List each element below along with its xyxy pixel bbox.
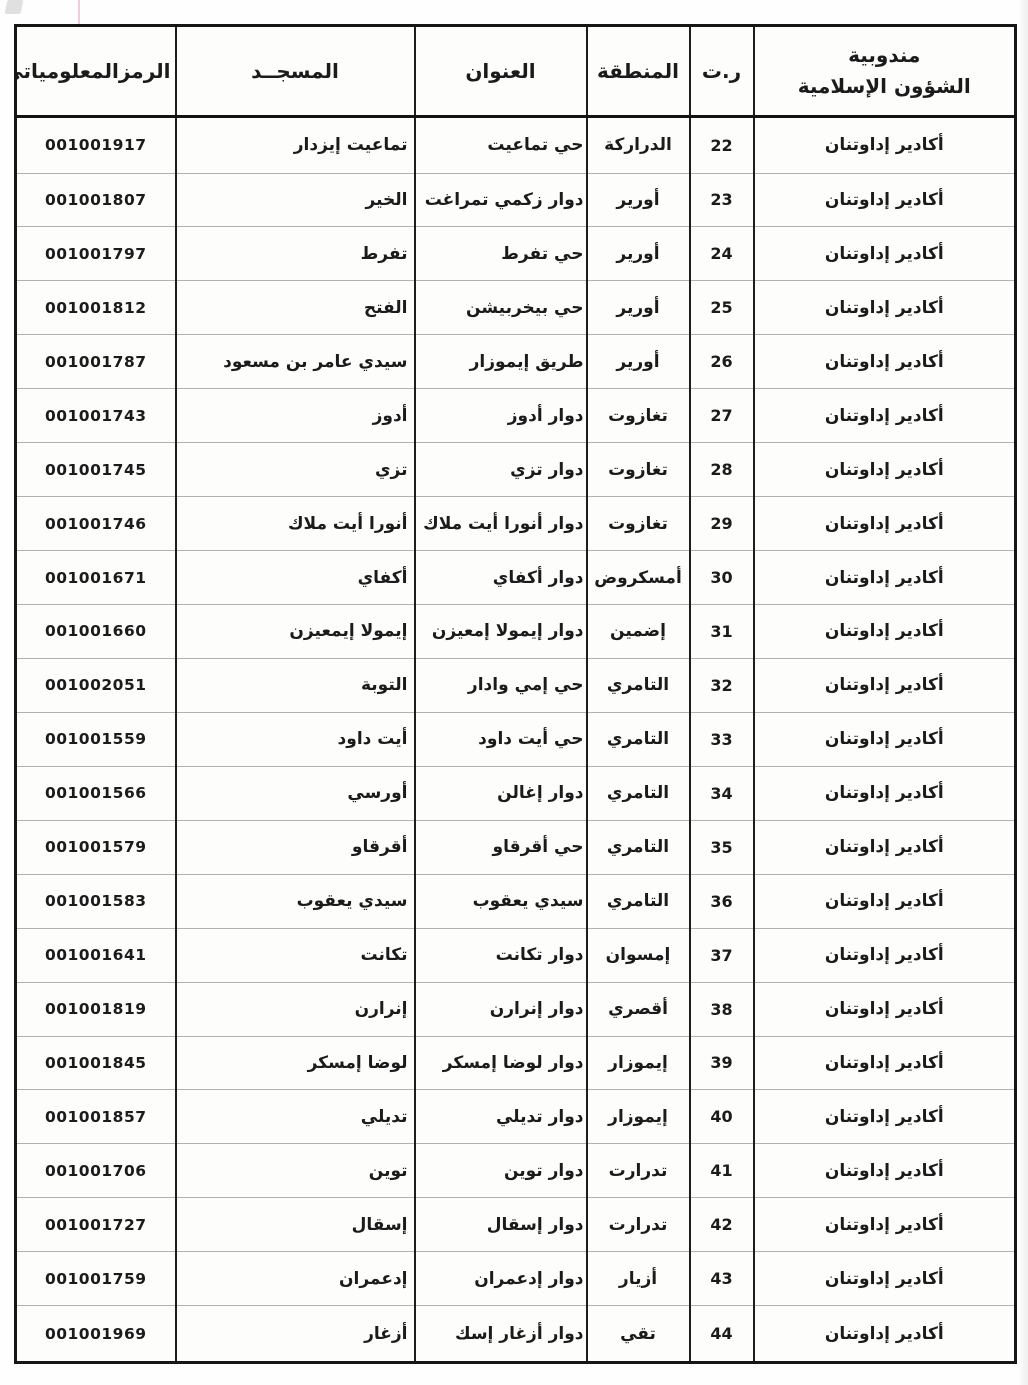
- cell-rt-number: 22: [690, 117, 754, 174]
- cell-rt-number: 25: [690, 281, 754, 335]
- cell-delegation: أكادير إداوتنان: [754, 982, 1016, 1036]
- cell-informatic-code: 001001969: [16, 1306, 176, 1363]
- cell-delegation: أكادير إداوتنان: [754, 820, 1016, 874]
- cell-mosque: تكانت: [176, 928, 415, 982]
- cell-region: أمسكروض: [587, 551, 690, 605]
- cell-region: التامري: [587, 658, 690, 712]
- cell-address: دوار أزغار إسك: [415, 1306, 587, 1363]
- cell-informatic-code: 001001797: [16, 227, 176, 281]
- cell-delegation: أكادير إداوتنان: [754, 1306, 1016, 1363]
- cell-delegation: أكادير إداوتنان: [754, 1252, 1016, 1306]
- table-row: أكادير إداوتنان 35 التامري حي أقرقاو أقر…: [16, 820, 1016, 874]
- cell-address: حي أقرقاو: [415, 820, 587, 874]
- cell-mosque: سيدي يعقوب: [176, 874, 415, 928]
- cell-informatic-code: 001001807: [16, 173, 176, 227]
- cell-mosque: إدعمران: [176, 1252, 415, 1306]
- cell-delegation: أكادير إداوتنان: [754, 551, 1016, 605]
- cell-delegation: أكادير إداوتنان: [754, 497, 1016, 551]
- cell-mosque: تزي: [176, 443, 415, 497]
- cell-rt-number: 32: [690, 658, 754, 712]
- cell-address: دوار إيمولا إمعيزن: [415, 605, 587, 659]
- cell-region: التامري: [587, 766, 690, 820]
- cell-region: أورير: [587, 227, 690, 281]
- cell-mosque: لوضا إمسكر: [176, 1036, 415, 1090]
- cell-region: أورير: [587, 173, 690, 227]
- table-row: أكادير إداوتنان 44 تقي دوار أزغار إسك أز…: [16, 1306, 1016, 1363]
- cell-mosque: أدوز: [176, 389, 415, 443]
- cell-informatic-code: 001001583: [16, 874, 176, 928]
- cell-address: حي تفرط: [415, 227, 587, 281]
- table-row: أكادير إداوتنان 32 التامري حي إمي وادار …: [16, 658, 1016, 712]
- header-delegation: مندوبية الشؤون الإسلامية: [754, 26, 1016, 117]
- cell-mosque: إيمولا إيمعيزن: [176, 605, 415, 659]
- cell-informatic-code: 001001812: [16, 281, 176, 335]
- cell-delegation: أكادير إداوتنان: [754, 281, 1016, 335]
- cell-region: تغازوت: [587, 497, 690, 551]
- cell-mosque: توين: [176, 1144, 415, 1198]
- cell-delegation: أكادير إداوتنان: [754, 766, 1016, 820]
- cell-mosque: تماعيت إيزدار: [176, 117, 415, 174]
- cell-address: دوار إنرارن: [415, 982, 587, 1036]
- cell-mosque: أيت داود: [176, 712, 415, 766]
- cell-region: تغازوت: [587, 389, 690, 443]
- table-row: أكادير إداوتنان 38 أقصري دوار إنرارن إنر…: [16, 982, 1016, 1036]
- cell-address: دوار توين: [415, 1144, 587, 1198]
- cell-informatic-code: 001001566: [16, 766, 176, 820]
- cell-region: إيموزار: [587, 1090, 690, 1144]
- cell-informatic-code: 001001579: [16, 820, 176, 874]
- cell-rt-number: 23: [690, 173, 754, 227]
- cell-address: دوار إغالن: [415, 766, 587, 820]
- cell-address: حي إمي وادار: [415, 658, 587, 712]
- cell-rt-number: 24: [690, 227, 754, 281]
- table-row: أكادير إداوتنان 41 تدرارت دوار توين توين…: [16, 1144, 1016, 1198]
- cell-rt-number: 31: [690, 605, 754, 659]
- table-row: أكادير إداوتنان 34 التامري دوار إغالن أو…: [16, 766, 1016, 820]
- cell-address: طريق إيموزار: [415, 335, 587, 389]
- cell-address: دوار زكمي تمراغت: [415, 173, 587, 227]
- table-row: أكادير إداوتنان 37 إمسوان دوار تكانت تكا…: [16, 928, 1016, 982]
- cell-address: دوار لوضا إمسكر: [415, 1036, 587, 1090]
- cell-rt-number: 37: [690, 928, 754, 982]
- cell-address: دوار إدعمران: [415, 1252, 587, 1306]
- header-mosque: المسجــد: [176, 26, 415, 117]
- cell-informatic-code: 001001559: [16, 712, 176, 766]
- table-row: أكادير إداوتنان 28 تغازوت دوار تزي تزي 0…: [16, 443, 1016, 497]
- cell-rt-number: 27: [690, 389, 754, 443]
- cell-region: أورير: [587, 281, 690, 335]
- cell-mosque: الخير: [176, 173, 415, 227]
- cell-mosque: أقرقاو: [176, 820, 415, 874]
- cell-address: دوار أدوز: [415, 389, 587, 443]
- cell-delegation: أكادير إداوتنان: [754, 1198, 1016, 1252]
- mosques-table: مندوبية الشؤون الإسلامية ر.ت المنطقة الع…: [14, 24, 1017, 1364]
- cell-delegation: أكادير إداوتنان: [754, 173, 1016, 227]
- cell-address: حي بيخربيشن: [415, 281, 587, 335]
- table-row: أكادير إداوتنان 40 إيموزار دوار تديلي تد…: [16, 1090, 1016, 1144]
- cell-delegation: أكادير إداوتنان: [754, 928, 1016, 982]
- cell-address: دوار تديلي: [415, 1090, 587, 1144]
- cell-mosque: الفتح: [176, 281, 415, 335]
- cell-delegation: أكادير إداوتنان: [754, 605, 1016, 659]
- cell-address: سيدي يعقوب: [415, 874, 587, 928]
- table-row: أكادير إداوتنان 24 أورير حي تفرط تفرط 00…: [16, 227, 1016, 281]
- cell-address: دوار أكفاي: [415, 551, 587, 605]
- cell-address: دوار تزي: [415, 443, 587, 497]
- header-rt: ر.ت: [690, 26, 754, 117]
- cell-rt-number: 34: [690, 766, 754, 820]
- cell-address: دوار إسقال: [415, 1198, 587, 1252]
- cell-mosque: أورسي: [176, 766, 415, 820]
- cell-informatic-code: 001001857: [16, 1090, 176, 1144]
- scanned-document-page: مندوبية الشؤون الإسلامية ر.ت المنطقة الع…: [0, 0, 1028, 1385]
- cell-delegation: أكادير إداوتنان: [754, 874, 1016, 928]
- cell-address: دوار تكانت: [415, 928, 587, 982]
- cell-region: التامري: [587, 874, 690, 928]
- table-row: أكادير إداوتنان 43 أزيار دوار إدعمران إد…: [16, 1252, 1016, 1306]
- cell-rt-number: 29: [690, 497, 754, 551]
- table-body: أكادير إداوتنان 22 الدراركة حي تماعيت تم…: [16, 117, 1016, 1363]
- cell-mosque: إنرارن: [176, 982, 415, 1036]
- cell-delegation: أكادير إداوتنان: [754, 1036, 1016, 1090]
- cell-region: الدراركة: [587, 117, 690, 174]
- cell-region: أقصري: [587, 982, 690, 1036]
- table-row: أكادير إداوتنان 31 إضمين دوار إيمولا إمع…: [16, 605, 1016, 659]
- cell-mosque: أزغار: [176, 1306, 415, 1363]
- cell-delegation: أكادير إداوتنان: [754, 658, 1016, 712]
- cell-rt-number: 38: [690, 982, 754, 1036]
- cell-informatic-code: 001001819: [16, 982, 176, 1036]
- cell-rt-number: 40: [690, 1090, 754, 1144]
- cell-delegation: أكادير إداوتنان: [754, 117, 1016, 174]
- cell-rt-number: 26: [690, 335, 754, 389]
- table-row: أكادير إداوتنان 33 التامري حي أيت داود أ…: [16, 712, 1016, 766]
- scan-edge-shadow: [1018, 0, 1028, 1385]
- table-row: أكادير إداوتنان 26 أورير طريق إيموزار سي…: [16, 335, 1016, 389]
- cell-region: أزيار: [587, 1252, 690, 1306]
- cell-informatic-code: 001001743: [16, 389, 176, 443]
- cell-region: أورير: [587, 335, 690, 389]
- scan-pink-line-artifact: [78, 0, 80, 26]
- cell-mosque: تديلي: [176, 1090, 415, 1144]
- cell-informatic-code: 001001917: [16, 117, 176, 174]
- cell-delegation: أكادير إداوتنان: [754, 712, 1016, 766]
- table-row: أكادير إداوتنان 25 أورير حي بيخربيشن الف…: [16, 281, 1016, 335]
- cell-informatic-code: 001001845: [16, 1036, 176, 1090]
- table-row: أكادير إداوتنان 42 تدرارت دوار إسقال إسق…: [16, 1198, 1016, 1252]
- cell-delegation: أكادير إداوتنان: [754, 335, 1016, 389]
- cell-region: تدرارت: [587, 1198, 690, 1252]
- cell-rt-number: 43: [690, 1252, 754, 1306]
- cell-informatic-code: 001001706: [16, 1144, 176, 1198]
- cell-informatic-code: 001001759: [16, 1252, 176, 1306]
- cell-region: تدرارت: [587, 1144, 690, 1198]
- cell-mosque: أكفاي: [176, 551, 415, 605]
- cell-mosque: التوبة: [176, 658, 415, 712]
- cell-delegation: أكادير إداوتنان: [754, 1090, 1016, 1144]
- cell-region: تغازوت: [587, 443, 690, 497]
- cell-informatic-code: 001001671: [16, 551, 176, 605]
- cell-address: حي أيت داود: [415, 712, 587, 766]
- table-row: أكادير إداوتنان 22 الدراركة حي تماعيت تم…: [16, 117, 1016, 174]
- header-address: العنوان: [415, 26, 587, 117]
- cell-region: إيموزار: [587, 1036, 690, 1090]
- cell-rt-number: 41: [690, 1144, 754, 1198]
- cell-delegation: أكادير إداوتنان: [754, 1144, 1016, 1198]
- cell-rt-number: 39: [690, 1036, 754, 1090]
- table-row: أكادير إداوتنان 27 تغازوت دوار أدوز أدوز…: [16, 389, 1016, 443]
- cell-address: دوار أنورا أيت ملاك: [415, 497, 587, 551]
- cell-rt-number: 35: [690, 820, 754, 874]
- cell-region: إضمين: [587, 605, 690, 659]
- cell-delegation: أكادير إداوتنان: [754, 389, 1016, 443]
- cell-mosque: سيدي عامر بن مسعود: [176, 335, 415, 389]
- cell-mosque: إسقال: [176, 1198, 415, 1252]
- table-row: أكادير إداوتنان 23 أورير دوار زكمي تمراغ…: [16, 173, 1016, 227]
- cell-rt-number: 33: [690, 712, 754, 766]
- cell-region: إمسوان: [587, 928, 690, 982]
- header-region: المنطقة: [587, 26, 690, 117]
- cell-informatic-code: 001001746: [16, 497, 176, 551]
- cell-delegation: أكادير إداوتنان: [754, 443, 1016, 497]
- cell-informatic-code: 001001745: [16, 443, 176, 497]
- cell-address: حي تماعيت: [415, 117, 587, 174]
- cell-informatic-code: 001001660: [16, 605, 176, 659]
- cell-rt-number: 44: [690, 1306, 754, 1363]
- cell-rt-number: 36: [690, 874, 754, 928]
- cell-mosque: تفرط: [176, 227, 415, 281]
- table-row: أكادير إداوتنان 36 التامري سيدي يعقوب سي…: [16, 874, 1016, 928]
- cell-rt-number: 30: [690, 551, 754, 605]
- cell-informatic-code: 001002051: [16, 658, 176, 712]
- table-row: أكادير إداوتنان 39 إيموزار دوار لوضا إمس…: [16, 1036, 1016, 1090]
- cell-informatic-code: 001001727: [16, 1198, 176, 1252]
- table-header-row: مندوبية الشؤون الإسلامية ر.ت المنطقة الع…: [16, 26, 1016, 117]
- cell-region: التامري: [587, 820, 690, 874]
- cell-informatic-code: 001001787: [16, 335, 176, 389]
- table-row: أكادير إداوتنان 29 تغازوت دوار أنورا أيت…: [16, 497, 1016, 551]
- cell-region: تقي: [587, 1306, 690, 1363]
- cell-delegation: أكادير إداوتنان: [754, 227, 1016, 281]
- cell-rt-number: 42: [690, 1198, 754, 1252]
- table-row: أكادير إداوتنان 30 أمسكروض دوار أكفاي أك…: [16, 551, 1016, 605]
- cell-region: التامري: [587, 712, 690, 766]
- header-code: الرمزالمعلومياتي: [16, 26, 176, 117]
- cell-informatic-code: 001001641: [16, 928, 176, 982]
- scan-smudge-artifact: [5, 0, 24, 14]
- cell-mosque: أنورا أيت ملاك: [176, 497, 415, 551]
- cell-rt-number: 28: [690, 443, 754, 497]
